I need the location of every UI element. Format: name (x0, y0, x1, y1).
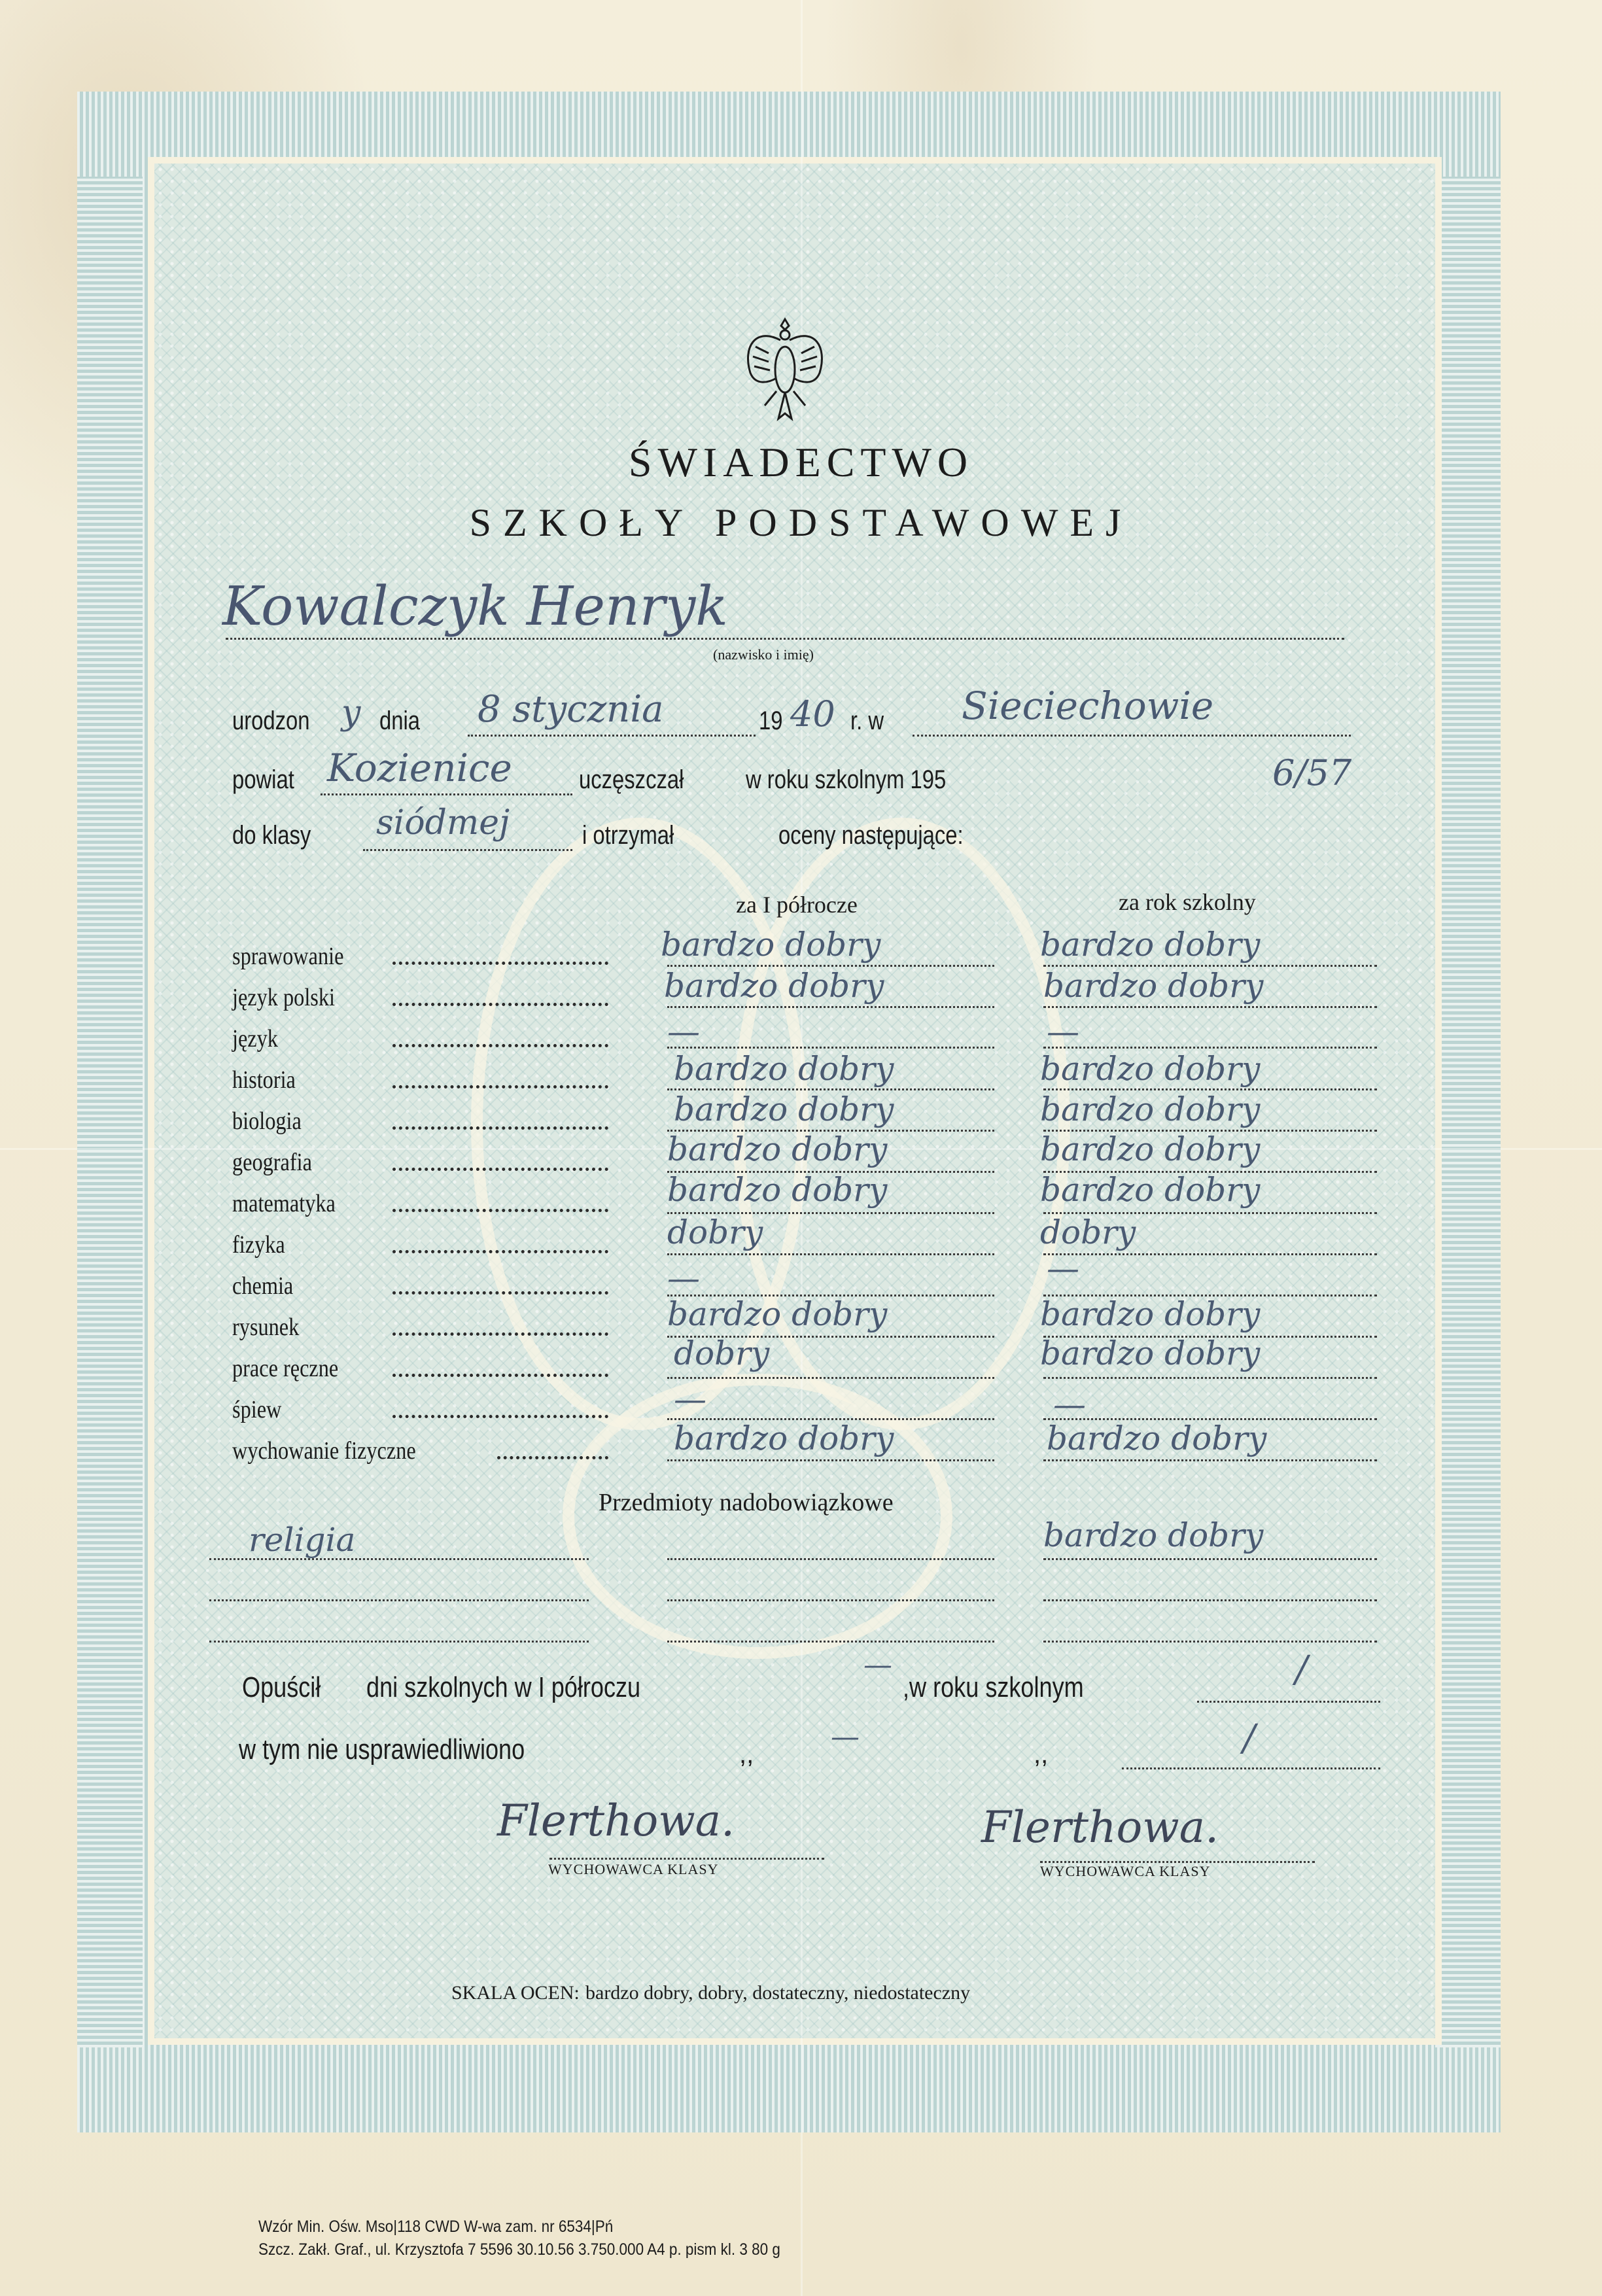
school-year-label: w roku szkolnym 195 (746, 765, 946, 795)
year-grade-value: bardzo dobry (1040, 1295, 1260, 1333)
year-grade-value: bardzo dobry (1040, 926, 1260, 964)
year-grade-value: — (1047, 1249, 1079, 1287)
half-grade-value: dobry (674, 1334, 769, 1372)
leader-dots (392, 1415, 608, 1418)
year-grade-line (1043, 1459, 1377, 1461)
half-grade-line (667, 1377, 994, 1379)
year-grade-line (1043, 1006, 1377, 1008)
polish-eagle-icon (736, 314, 834, 425)
birth-date-value: 8 stycznia (478, 688, 664, 731)
birth-place-value: Sieciechowie (962, 684, 1213, 728)
grading-scale-label: SKALA OCEN: (451, 1982, 580, 2004)
subject-label: prace ręczne (232, 1354, 338, 1383)
ditto-mark: ,, (1034, 1740, 1048, 1769)
year-prefix: 19 (759, 706, 782, 736)
attended-label: uczęszczał (579, 765, 684, 795)
year-grade-value: bardzo dobry (1040, 1130, 1260, 1168)
signature-caption-right: WYCHOWAWCA KLASY (1040, 1863, 1211, 1880)
subject-label: matematyka (232, 1189, 336, 1218)
leader-dots (392, 1209, 608, 1212)
class-field-line (363, 849, 572, 851)
absence-year-label: ,w roku szkolnym (903, 1671, 1084, 1704)
year-grade-value: dobry (1040, 1213, 1136, 1251)
half-grade-value: bardzo dobry (674, 1090, 894, 1128)
absence-year-line (1197, 1701, 1380, 1703)
absence-half-value: — (863, 1648, 892, 1682)
subject-label: chemia (232, 1272, 293, 1300)
leader-dots (392, 1044, 608, 1047)
blank-line (667, 1599, 994, 1601)
leader-dots (392, 1332, 608, 1336)
year-grade-value: bardzo dobry (1043, 967, 1263, 1005)
grades-follow-label: oceny następujące: (778, 821, 964, 850)
class-value: siódmej (376, 803, 510, 843)
optional-subject-line (209, 1558, 589, 1560)
leader-dots (497, 1456, 608, 1459)
district-value: Kozienice (327, 746, 512, 790)
blank-line (1043, 1599, 1377, 1601)
printer-info: Szcz. Zakł. Graf., ul. Krzysztofa 7 5596… (258, 2240, 780, 2259)
half-grade-value: bardzo dobry (674, 1050, 894, 1088)
signature-left: Flerthowa. (497, 1796, 735, 1846)
leader-dots (392, 1003, 608, 1006)
half-grade-line (667, 1006, 994, 1008)
day-label: dnia (379, 706, 420, 736)
year-grade-value: — (1047, 1013, 1079, 1051)
year-grade-value: bardzo dobry (1047, 1419, 1266, 1457)
absence-label: Opuścił (242, 1671, 321, 1704)
name-field-line (226, 638, 1344, 640)
student-name-value: Kowalczyk Henryk (222, 576, 728, 638)
half-grade-value: bardzo dobry (674, 1419, 894, 1457)
class-label: do klasy (232, 821, 311, 850)
optional-year-line (1043, 1558, 1377, 1560)
subject-label: rysunek (232, 1313, 299, 1342)
half-grade-value: bardzo dobry (667, 1295, 887, 1333)
place-label: r. w (850, 706, 884, 736)
half-grade-value: dobry (667, 1213, 763, 1251)
district-label: powiat (232, 765, 294, 795)
optional-subject-name: religia (249, 1521, 355, 1559)
subject-label: geografia (232, 1148, 312, 1177)
subject-label: wychowanie fizyczne (232, 1436, 416, 1465)
half-grade-value: bardzo dobry (664, 967, 884, 1005)
optional-year-grade: bardzo dobry (1043, 1516, 1263, 1554)
signature-right: Flerthowa. (981, 1802, 1219, 1852)
leader-dots (392, 1085, 608, 1088)
leader-dots (392, 1291, 608, 1295)
year-grade-value: — (1053, 1385, 1086, 1423)
half-grade-value: — (667, 1013, 700, 1051)
certificate-title: ŚWIADECTWO (0, 438, 1602, 487)
leader-dots (392, 1168, 608, 1171)
name-caption: (nazwisko i imię) (713, 646, 814, 663)
year-grade-line (1043, 1377, 1377, 1379)
absence-year-value: / (1295, 1648, 1308, 1691)
column-header-half-year: za I półrocze (736, 891, 858, 918)
year-grade-value: bardzo dobry (1040, 1334, 1260, 1372)
subject-label: śpiew (232, 1395, 281, 1424)
subject-label: język polski (232, 983, 335, 1012)
half-grade-value: — (667, 1259, 700, 1297)
form-reference: Wzór Min. Ośw. Mso|118 CWD W-wa zam. nr … (258, 2218, 613, 2236)
leader-dots (392, 1374, 608, 1377)
date-field-line (468, 735, 756, 737)
year-grade-line (1043, 1047, 1377, 1049)
signature-caption-left: WYCHOWAWCA KLASY (548, 1861, 719, 1878)
certificate: ŚWIADECTWO SZKOŁY PODSTAWOWEJ Kowalczyk … (0, 0, 1602, 2296)
year-grade-value: bardzo dobry (1040, 1090, 1260, 1128)
leader-dots (392, 1250, 608, 1253)
half-grade-line (667, 1253, 994, 1255)
leader-dots (392, 1126, 608, 1130)
signature-line-left (549, 1858, 824, 1860)
birth-year-value: 40 (790, 693, 835, 735)
born-gender-suffix: y (341, 693, 360, 733)
optional-half-line (667, 1558, 994, 1560)
district-field-line (321, 793, 572, 795)
year-grade-value: bardzo dobry (1040, 1050, 1260, 1088)
year-grade-line (1043, 1253, 1377, 1255)
unexcused-year-value: / (1243, 1717, 1255, 1760)
blank-line (1043, 1641, 1377, 1643)
subject-label: biologia (232, 1107, 302, 1136)
grading-scale-values: bardzo dobry, dobry, dostateczny, niedos… (585, 1982, 970, 2004)
half-grade-line (667, 1047, 994, 1049)
absence-days-label: dni szkolnych w I półroczu (366, 1671, 640, 1704)
column-header-full-year: za rok szkolny (1119, 888, 1256, 916)
leader-dots (392, 962, 608, 965)
received-label: i otrzymał (582, 821, 674, 850)
blank-line (209, 1641, 589, 1643)
year-grade-value: bardzo dobry (1040, 1171, 1260, 1209)
certificate-subtitle: SZKOŁY PODSTAWOWEJ (0, 500, 1602, 546)
place-field-line (913, 735, 1351, 737)
subject-label: język (232, 1024, 278, 1053)
half-grade-line (667, 1459, 994, 1461)
unexcused-half-value: — (831, 1720, 860, 1754)
half-grade-value: bardzo dobry (667, 1171, 887, 1209)
half-grade-value: — (674, 1380, 706, 1418)
subject-label: fizyka (232, 1230, 285, 1259)
unexcused-label: w tym nie usprawiedliwiono (239, 1733, 525, 1766)
optional-subjects-heading: Przedmioty nadobowiązkowe (599, 1488, 894, 1517)
half-grade-value: bardzo dobry (661, 926, 880, 964)
blank-line (209, 1599, 589, 1601)
subject-label: sprawowanie (232, 942, 343, 971)
ditto-mark: ,, (739, 1740, 754, 1769)
unexcused-year-line (1122, 1767, 1380, 1769)
school-year-value: 6/57 (1272, 752, 1351, 793)
born-label: urodzon (232, 706, 310, 736)
half-grade-value: bardzo dobry (667, 1130, 887, 1168)
blank-line (667, 1641, 994, 1643)
subject-label: historia (232, 1066, 296, 1094)
